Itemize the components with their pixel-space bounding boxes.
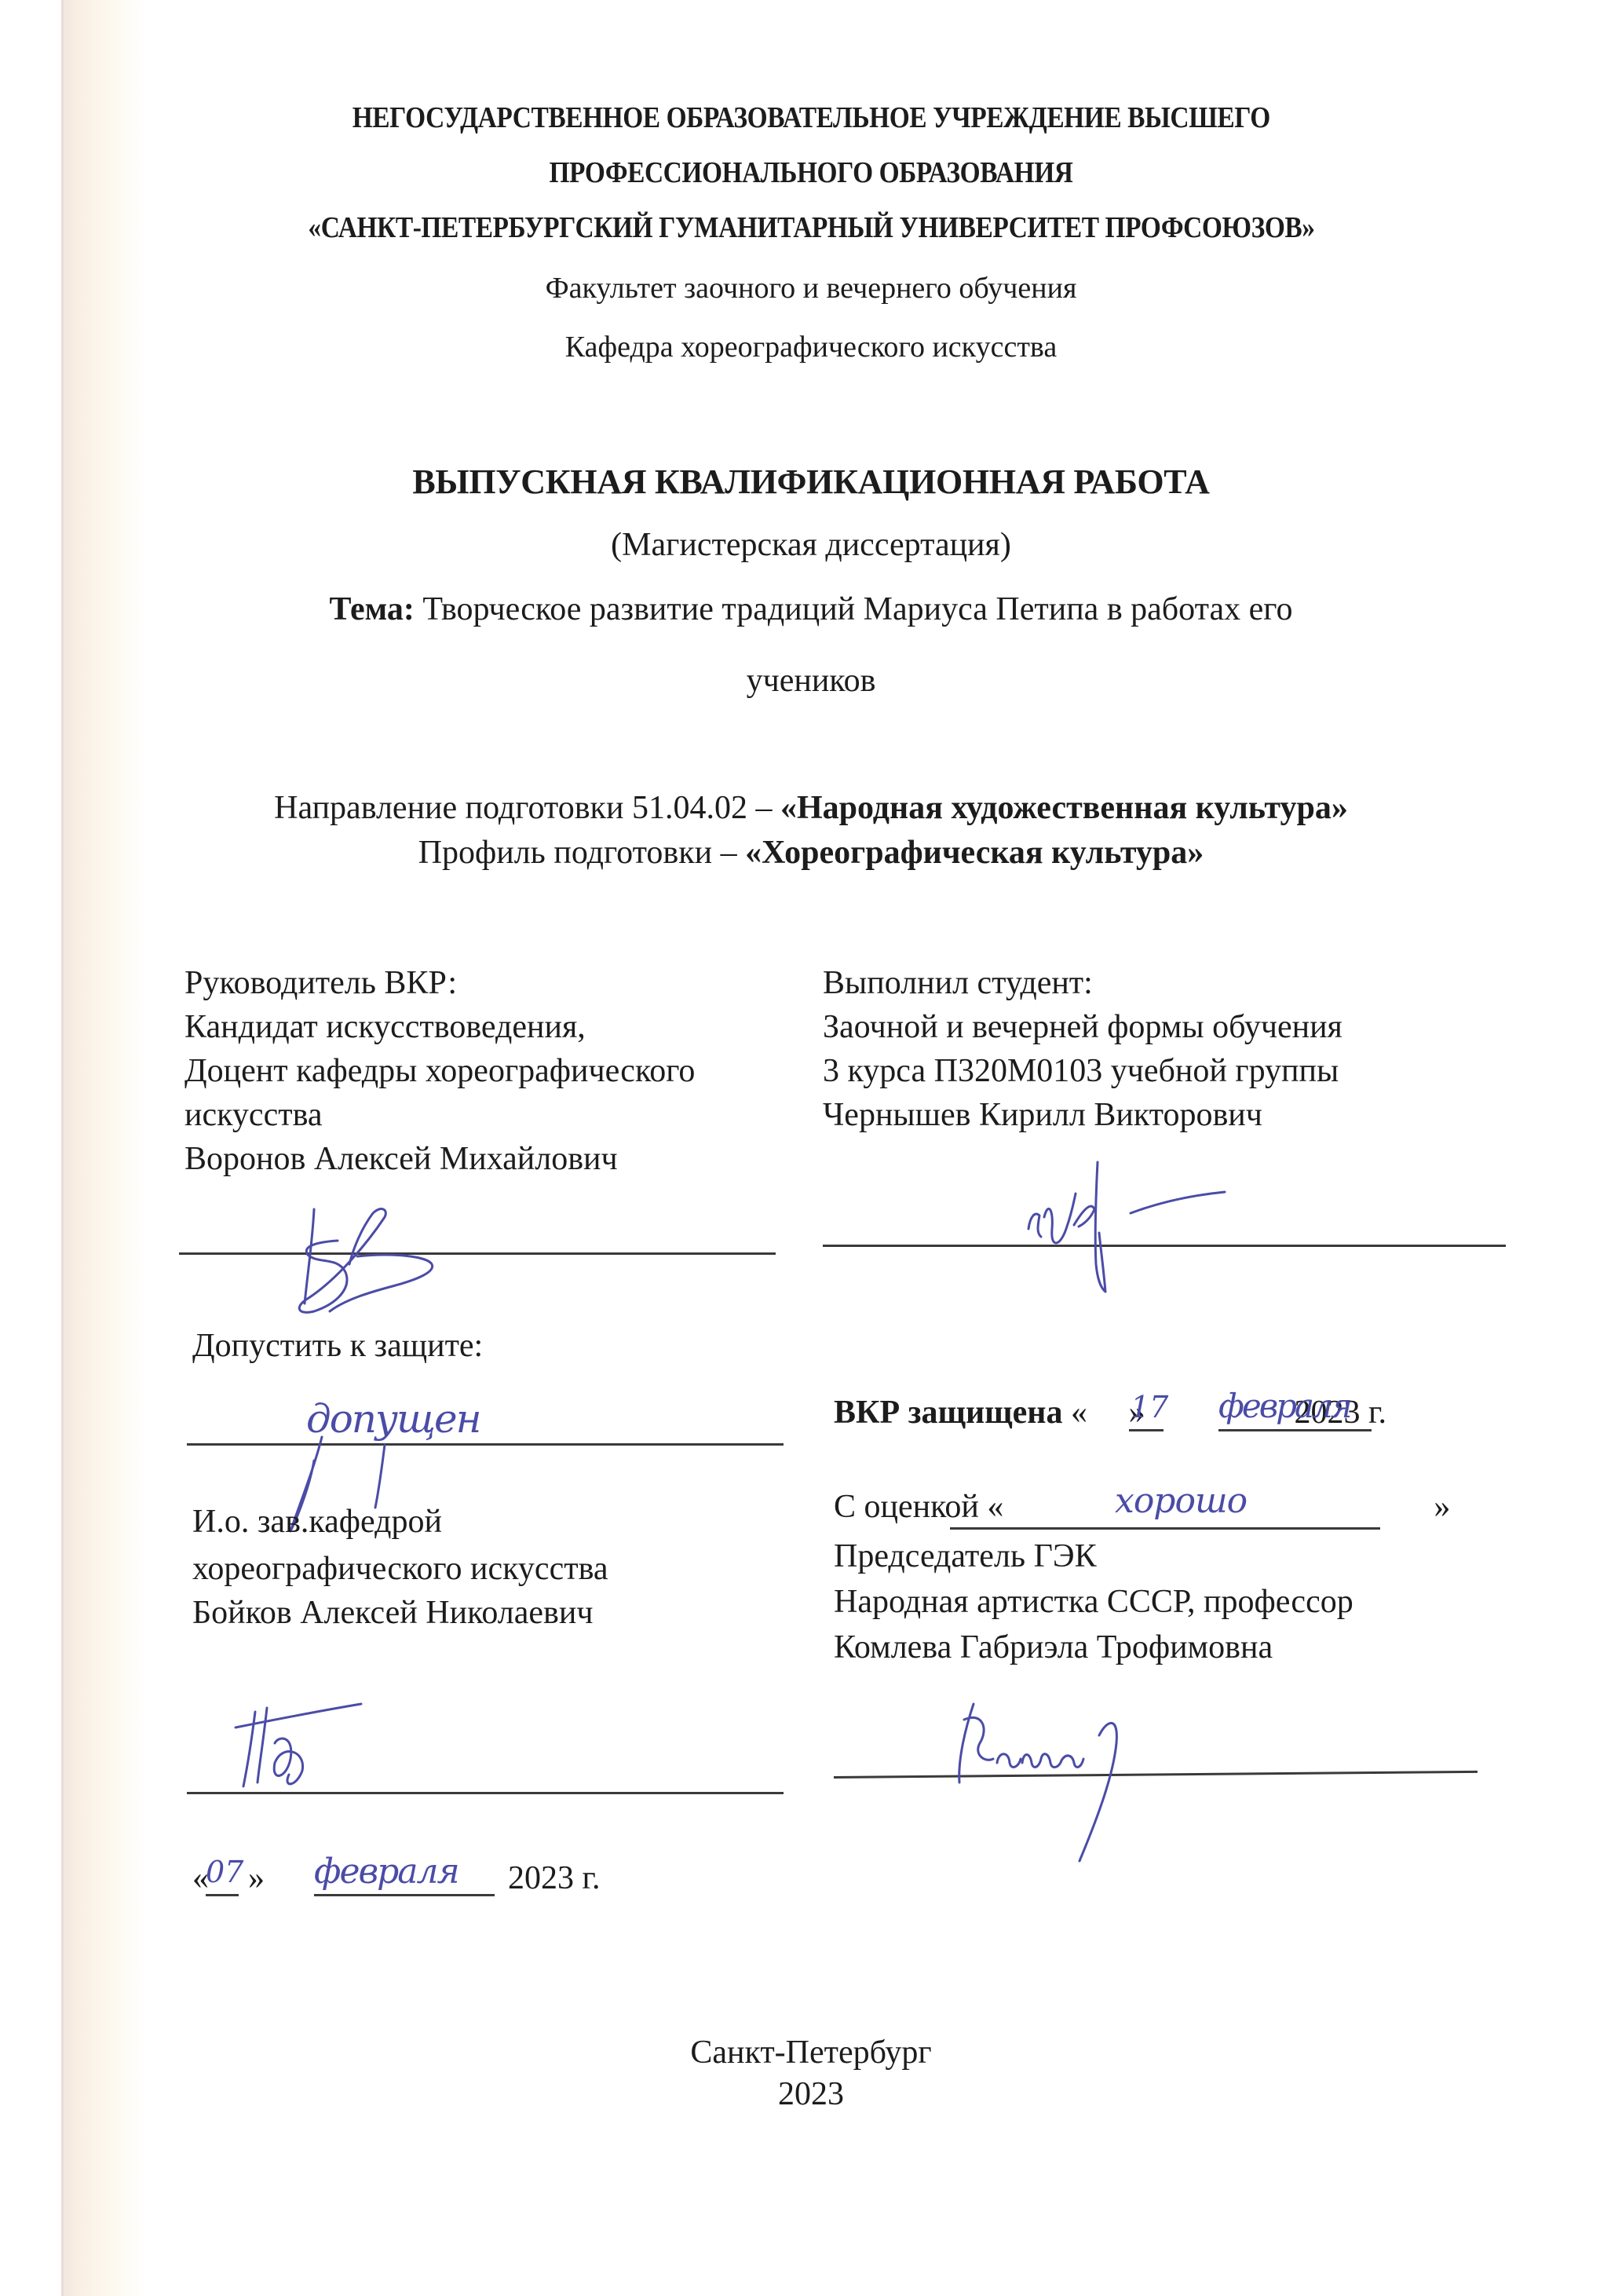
department-name: Кафедра хореографического искусства — [0, 330, 1622, 364]
supervisor-degree: Кандидат искусствоведения, — [184, 1008, 695, 1046]
admission-month-underline — [314, 1894, 495, 1896]
grade-underline — [950, 1527, 1380, 1530]
chair-label: Председатель ГЭК — [834, 1537, 1353, 1575]
work-type-title: ВЫПУСКНАЯ КВАЛИФИКАЦИОННАЯ РАБОТА — [0, 462, 1622, 502]
work-subtitle: (Магистерская диссертация) — [0, 526, 1622, 564]
admission-day-handwritten: 07 — [206, 1855, 243, 1889]
chair-name: Комлева Габриэла Трофимовна — [834, 1629, 1353, 1666]
admission-month-handwritten: февраля — [314, 1852, 458, 1892]
program-direction: Направление подготовки 51.04.02 – «Народ… — [0, 789, 1622, 827]
grade-handwritten: хорошо — [1115, 1481, 1247, 1521]
org-name-line-3: «САНКТ-ПЕТЕРБУРГСКИЙ ГУМАНИТАРНЫЙ УНИВЕР… — [0, 210, 1622, 245]
topic-line-2: учеников — [0, 662, 1622, 700]
defense-month-handwritten: февраля — [1218, 1387, 1350, 1425]
admission-role-2: хореографического искусства — [192, 1550, 608, 1588]
student-group: 3 курса П320М0103 учебной группы — [823, 1052, 1343, 1090]
topic-label: Тема: — [330, 591, 415, 627]
faculty-name: Факультет заочного и вечернего обучения — [0, 271, 1622, 305]
profile-name: «Хореографическая культура» — [745, 835, 1204, 871]
admission-role-block: И.о. зав.кафедрой хореографического иску… — [192, 1503, 608, 1632]
head-signature-icon — [204, 1688, 440, 1806]
defense-day-underline — [1129, 1429, 1164, 1431]
supervisor-position-2: искусства — [184, 1096, 695, 1134]
supervisor-label: Руководитель ВКР: — [184, 964, 695, 1002]
chair-block: Председатель ГЭК Народная артистка СССР,… — [834, 1537, 1353, 1666]
admission-day-underline — [206, 1894, 239, 1896]
program-profile: Профиль подготовки – «Хореографическая к… — [0, 834, 1622, 872]
org-name-line-1: НЕГОСУДАРСТВЕННОЕ ОБРАЗОВАТЕЛЬНОЕ УЧРЕЖД… — [0, 101, 1622, 135]
defense-day-handwritten: 17 — [1131, 1390, 1168, 1424]
student-form: Заочной и вечерней формы обучения — [823, 1008, 1343, 1046]
student-block: Выполнил студент: Заочной и вечерней фор… — [823, 964, 1343, 1134]
defense-label: ВКР защищена — [834, 1395, 1062, 1431]
admission-head-name: Бойков Алексей Николаевич — [192, 1594, 608, 1632]
footer-city: Санкт-Петербург — [0, 2034, 1622, 2071]
direction-name: «Народная художественная культура» — [780, 790, 1348, 826]
org-name-line-2: ПРОФЕССИОНАЛЬНОГО ОБРАЗОВАНИЯ — [0, 155, 1622, 190]
supervisor-block: Руководитель ВКР: Кандидат искусствоведе… — [184, 964, 695, 1178]
supervisor-name: Воронов Алексей Михайлович — [184, 1140, 695, 1178]
student-signature-icon — [1013, 1154, 1311, 1296]
footer-year: 2023 — [0, 2075, 1622, 2113]
admission-label: Допустить к защите: — [192, 1327, 483, 1365]
chair-signature-icon — [942, 1688, 1193, 1885]
defense-month-underline — [1218, 1429, 1372, 1431]
admission-role-1: И.о. зав.кафедрой — [192, 1503, 608, 1541]
student-label: Выполнил студент: — [823, 964, 1343, 1002]
topic-line-1: Тема: Творческое развитие традиций Мариу… — [0, 590, 1622, 628]
topic-text: Творческое развитие традиций Мариуса Пет… — [415, 591, 1293, 627]
student-name: Чернышев Кирилл Викторович — [823, 1096, 1343, 1134]
supervisor-signature-icon — [220, 1194, 502, 1319]
chair-title: Народная артистка СССР, профессор — [834, 1583, 1353, 1621]
supervisor-position-1: Доцент кафедры хореографического — [184, 1052, 695, 1090]
